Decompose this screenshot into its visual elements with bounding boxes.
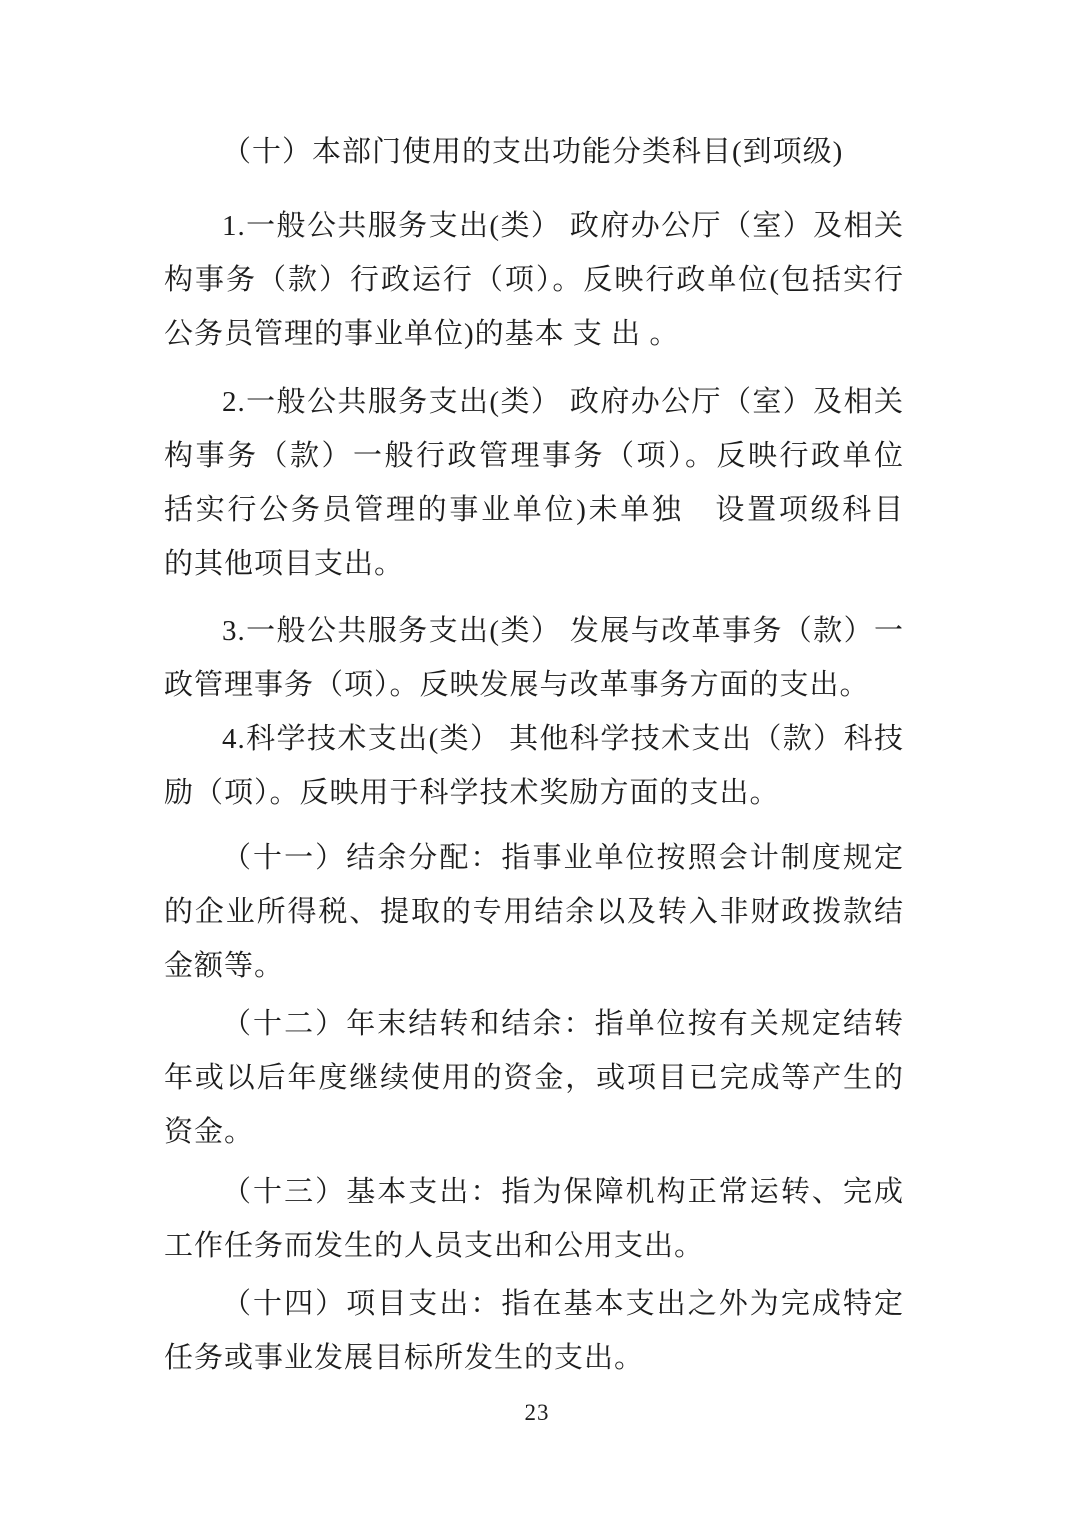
text-line: 构事务（款）行政运行（项）。反映行政单位(包括实行 [164,253,904,307]
text-line: （十一）结余分配：指事业单位按照会计制度规定缴纳 [164,831,904,885]
section-14-project-expenditure: （十四）项目支出：指在基本支出之外为完成特定行政任务或事业发展目标所发生的支出。 [164,1277,904,1385]
text-line: 任务或事业发展目标所发生的支出。 [164,1331,904,1385]
page-number: 23 [0,1400,1074,1426]
section-10-heading: （十）本部门使用的支出功能分类科目(到项级) [164,125,904,179]
text-line: 3.一般公共服务支出(类） 发展与改革事务（款）一般行 [164,604,904,658]
section-11-surplus-distribution: （十一）结余分配：指事业单位按照会计制度规定缴纳的企业所得税、提取的专用结余以及… [164,831,904,993]
text-line: 的企业所得税、提取的专用结余以及转入非财政拨款结余的 [164,885,904,939]
text-line: 年或以后年度继续使用的资金，或项目已完成等产生的结余 [164,1051,904,1105]
text-line: （十三）基本支出：指为保障机构正常运转、完成日常 [164,1165,904,1219]
text-line: 构事务（款）一般行政管理事务（项）。反映行政单位(包 [164,429,904,483]
text-line: 政管理事务（项）。反映发展与改革事务方面的支出。 [164,658,904,712]
expense-item-2: 2.一般公共服务支出(类） 政府办公厅（室）及相关机构事务（款）一般行政管理事务… [164,375,904,591]
text-line: 2.一般公共服务支出(类） 政府办公厅（室）及相关机 [164,375,904,429]
expense-item-3: 3.一般公共服务支出(类） 发展与改革事务（款）一般行政管理事务（项）。反映发展… [164,604,904,712]
expense-item-4: 4.科学技术支出(类） 其他科学技术支出（款）科技奖励（项）。反映用于科学技术奖… [164,712,904,820]
text-line: 公务员管理的事业单位)的基本 支 出 。 [164,307,904,361]
section-13-basic-expenditure: （十三）基本支出：指为保障机构正常运转、完成日常工作任务而发生的人员支出和公用支… [164,1165,904,1273]
text-line: 工作任务而发生的人员支出和公用支出。 [164,1219,904,1273]
text-line: 金额等。 [164,939,904,993]
text-line: （十四）项目支出：指在基本支出之外为完成特定行政 [164,1277,904,1331]
expense-item-1: 1.一般公共服务支出(类） 政府办公厅（室）及相关机构事务（款）行政运行（项）。… [164,199,904,361]
document-body: （十）本部门使用的支出功能分类科目(到项级)1.一般公共服务支出(类） 政府办公… [164,125,904,1385]
text-line: （十）本部门使用的支出功能分类科目(到项级) [164,125,904,179]
text-line: （十二）年末结转和结余：指单位按有关规定结转到下 [164,997,904,1051]
text-line: 励（项）。反映用于科学技术奖励方面的支出。 [164,766,904,820]
text-line: 的其他项目支出。 [164,537,904,591]
text-line: 资金。 [164,1105,904,1159]
text-line: 4.科学技术支出(类） 其他科学技术支出（款）科技奖 [164,712,904,766]
text-line: 括实行公务员管理的事业单位)未单独 设置项级科目 [164,483,904,537]
section-12-year-end-carryover: （十二）年末结转和结余：指单位按有关规定结转到下年或以后年度继续使用的资金，或项… [164,997,904,1159]
text-line: 1.一般公共服务支出(类） 政府办公厅（室）及相关机 [164,199,904,253]
document-page: （十）本部门使用的支出功能分类科目(到项级)1.一般公共服务支出(类） 政府办公… [0,0,1074,1520]
